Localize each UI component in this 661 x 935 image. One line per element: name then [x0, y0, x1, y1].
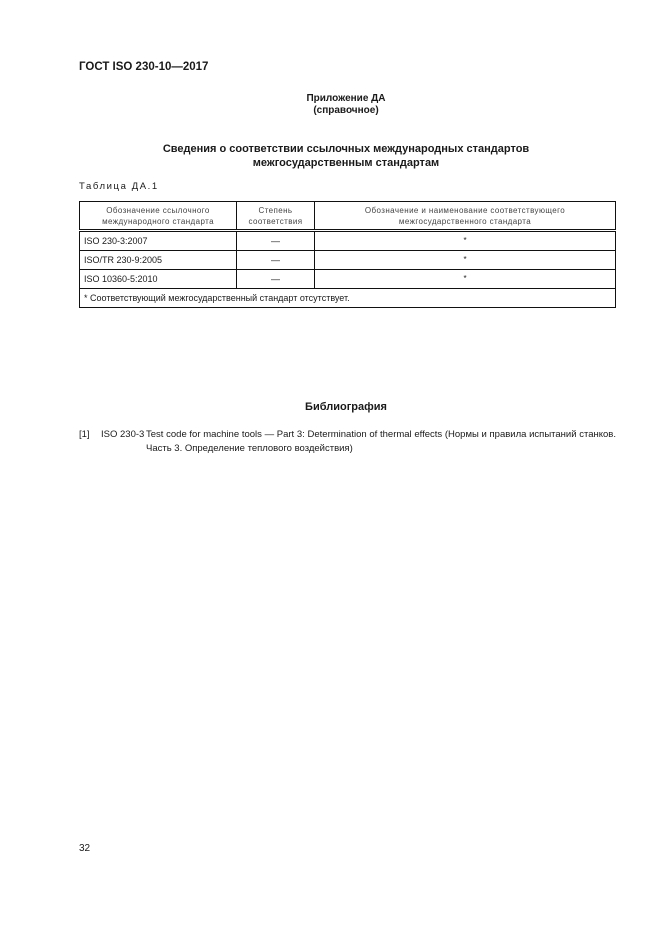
cell-degree: —: [237, 251, 315, 270]
standards-table: Обозначение ссылочного международного ст…: [79, 201, 616, 308]
header-text: соответствия: [241, 216, 310, 227]
header-text: международного стандарта: [84, 216, 232, 227]
section-title-line2: межгосударственным стандартам: [0, 156, 661, 170]
table-footnote-row: * Соответствующий межгосударственный ста…: [80, 289, 616, 308]
bibliography-title: Библиография: [0, 401, 661, 413]
cell-ref: ISO 10360-5:2010: [80, 270, 237, 289]
column-header-national: Обозначение и наименование соответствующ…: [315, 202, 616, 231]
document-code: ГОСТ ISO 230-10—2017: [79, 61, 208, 73]
cell-degree: —: [237, 231, 315, 251]
page-number: 32: [79, 843, 90, 854]
section-title-line1: Сведения о соответствии ссылочных междун…: [0, 142, 661, 156]
header-text: Обозначение ссылочного: [84, 205, 232, 216]
header-text: межгосударственного стандарта: [319, 216, 611, 227]
cell-ref: ISO 230-3:2007: [80, 231, 237, 251]
appendix-title: Приложение ДА: [0, 93, 661, 105]
bibliography-number: [1]: [79, 428, 90, 442]
header-text: Обозначение и наименование соответствующ…: [319, 205, 611, 216]
table-header-row: Обозначение ссылочного международного ст…: [80, 202, 616, 231]
bibliography-code: ISO 230-3: [101, 428, 144, 442]
appendix-heading: Приложение ДА (справочное): [0, 93, 661, 117]
section-title: Сведения о соответствии ссылочных междун…: [0, 142, 661, 170]
cell-national: *: [315, 270, 616, 289]
bibliography-text: Test code for machine tools — Part 3: De…: [146, 428, 616, 456]
cell-national: *: [315, 251, 616, 270]
table-footnote: * Соответствующий межгосударственный ста…: [80, 289, 616, 308]
header-text: Степень: [241, 205, 310, 216]
table-row: ISO 230-3:2007 — *: [80, 231, 616, 251]
cell-ref: ISO/TR 230-9:2005: [80, 251, 237, 270]
table-caption: Таблица ДА.1: [79, 181, 159, 192]
appendix-subtitle: (справочное): [0, 105, 661, 117]
column-header-degree: Степень соответствия: [237, 202, 315, 231]
column-header-ref: Обозначение ссылочного международного ст…: [80, 202, 237, 231]
cell-degree: —: [237, 270, 315, 289]
table-row: ISO/TR 230-9:2005 — *: [80, 251, 616, 270]
table-row: ISO 10360-5:2010 — *: [80, 270, 616, 289]
cell-national: *: [315, 231, 616, 251]
